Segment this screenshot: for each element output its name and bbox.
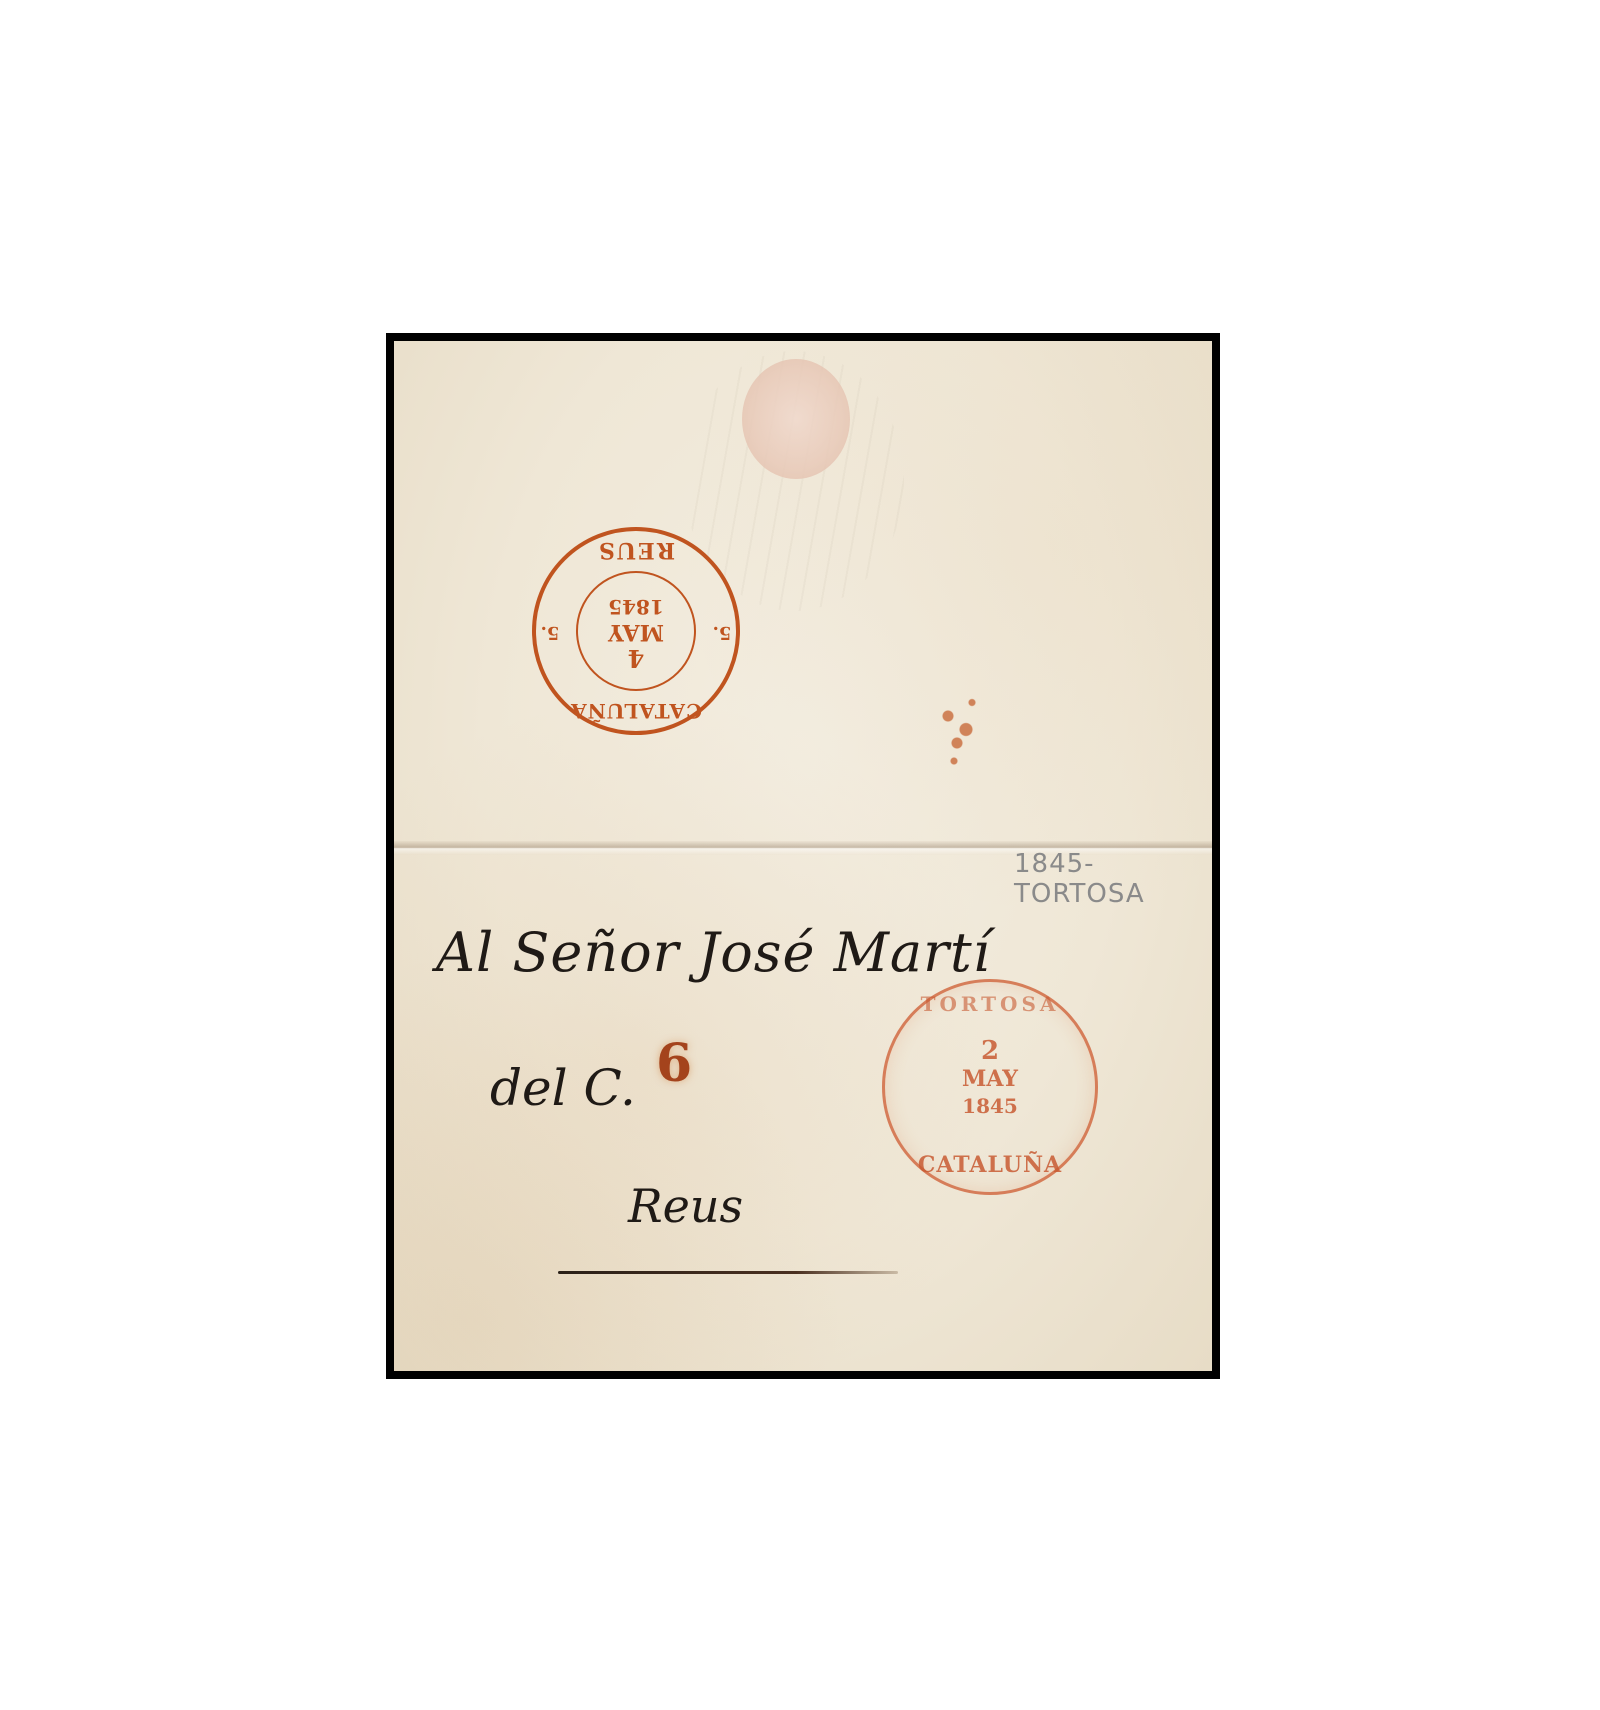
postmark-region: CATALUÑA bbox=[885, 1152, 1095, 1178]
postmark-region: CATALUÑA bbox=[536, 699, 736, 723]
address-underline bbox=[558, 1271, 898, 1274]
ink-splash bbox=[930, 689, 990, 779]
postmark-reus: CATALUÑA 5. 5. 4 MAY 1845 REUS bbox=[532, 527, 740, 735]
postmark-town: TORTOSA bbox=[885, 992, 1095, 1016]
postmark-month: MAY bbox=[885, 1066, 1095, 1092]
address-recipient: Al Señor José Martí bbox=[436, 921, 991, 984]
postmark-year: 1845 bbox=[885, 1094, 1095, 1118]
pencil-annotation: 1845-TORTOSA bbox=[1014, 849, 1212, 909]
postage-rate-mark: 6 bbox=[656, 1033, 692, 1094]
postmark-month: MAY bbox=[536, 619, 736, 645]
address-line-2: del C. bbox=[490, 1059, 636, 1117]
postmark-day: 4 bbox=[536, 644, 736, 673]
document-frame: CATALUÑA 5. 5. 4 MAY 1845 REUS 1845-TORT… bbox=[386, 333, 1220, 1379]
wax-seal bbox=[742, 359, 850, 479]
address-city: Reus bbox=[628, 1179, 743, 1233]
letter-cover: CATALUÑA 5. 5. 4 MAY 1845 REUS 1845-TORT… bbox=[394, 341, 1212, 1371]
postmark-town: REUS bbox=[536, 537, 736, 563]
postmark-tortosa: TORTOSA 2 MAY 1845 CATALUÑA bbox=[882, 979, 1098, 1195]
postmark-year: 1845 bbox=[536, 595, 736, 619]
postmark-day: 2 bbox=[885, 1036, 1095, 1066]
